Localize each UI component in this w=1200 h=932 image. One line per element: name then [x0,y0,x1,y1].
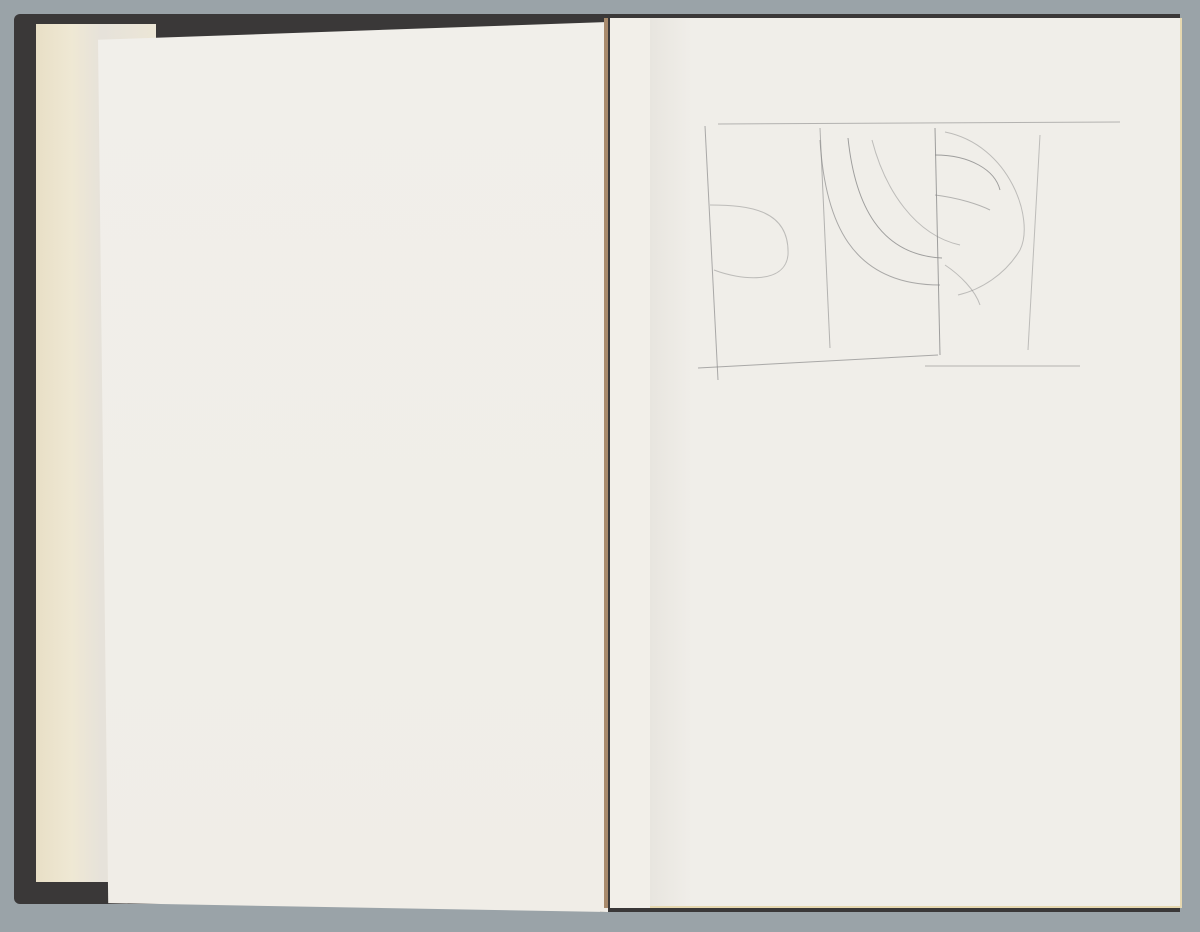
pencil-sketch [690,110,1140,390]
binding-thread [604,18,608,908]
left-page-blank [98,22,608,912]
